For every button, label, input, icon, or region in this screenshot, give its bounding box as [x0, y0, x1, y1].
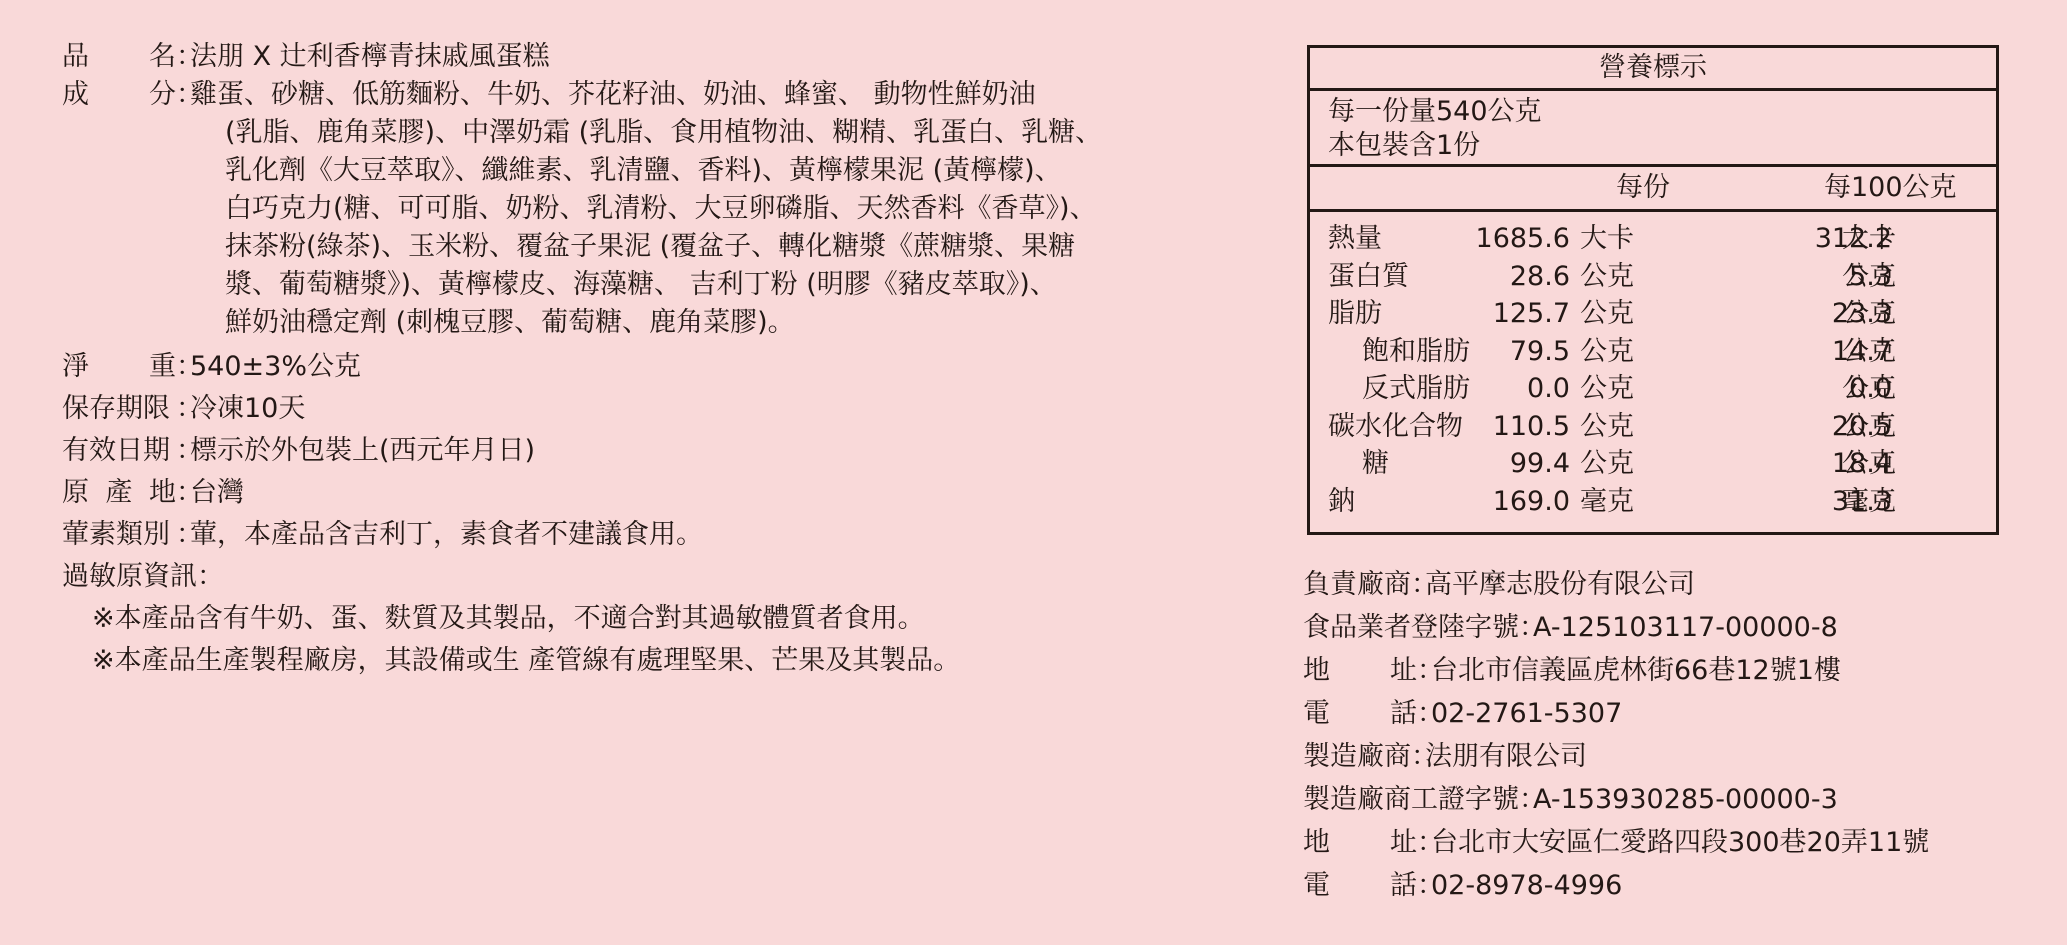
nutrition-header: 每份 每100公克 — [1310, 167, 1996, 212]
nutrition-row: 熱量1685.6大卡312.2大卡 — [1310, 220, 1996, 258]
serving-size: 每一份量540公克 — [1328, 95, 1978, 129]
ingredients-line: 漿、葡萄糖漿》)、黃檸檬皮、海藻糖、 吉利丁粉 (明膠《豬皮萃取》)、 — [225, 266, 1057, 304]
per-serving-unit: 公克 — [1580, 445, 1634, 483]
food-reg: A-125103117-00000-8 — [1533, 612, 1838, 643]
phone-label: 電話 — [1303, 694, 1417, 734]
shelf-life-row: 保存期限：冷凍10天 — [62, 390, 305, 428]
address-label: 地址 — [1303, 823, 1417, 863]
col-per-serving: 每份 — [1616, 167, 1670, 209]
origin-label: 原產地 — [62, 474, 176, 512]
nutrition-row: 蛋白質28.6公克5.3公克 — [1310, 258, 1996, 296]
manufacturer-label: 製造廠商 — [1303, 741, 1411, 772]
per-serving-value: 28.6 — [1510, 258, 1570, 296]
expiry-row: 有效日期：標示於外包裝上(西元年月日) — [62, 432, 535, 470]
product-name-row: 品名：法朋 X 辻利香檸青抹戚風蛋糕 — [62, 38, 550, 76]
origin: 台灣 — [190, 477, 244, 508]
manufacturer: 法朋有限公司 — [1425, 741, 1587, 772]
diet: 葷，本產品含吉利丁，素食者不建議食用。 — [190, 519, 703, 550]
mfr-address-row: 地址：台北市大安區仁愛路四段300巷20弄11號 — [1303, 823, 1929, 863]
per-serving-unit: 公克 — [1580, 295, 1634, 333]
servings-per-package: 本包裝含1份 — [1328, 129, 1978, 163]
mfr-phone-row: 電話：02-8978-4996 — [1303, 866, 1622, 906]
ingredients-line: 抹茶粉(綠茶)、玉米粉、覆盆子果泥 (覆盆子、轉化糖漿《蔗糖漿、果糖 — [225, 228, 1075, 266]
per-serving-unit: 毫克 — [1580, 483, 1634, 521]
product-name: 法朋 X 辻利香檸青抹戚風蛋糕 — [190, 41, 550, 72]
ingredients-line: (乳脂、鹿角菜膠)、中澤奶霜 (乳脂、食用植物油、糊精、乳蛋白、乳糖、 — [225, 114, 1102, 152]
nutrition-row: 糖99.4公克18.4公克 — [1310, 445, 1996, 483]
nutrient-name: 飽和脂肪 — [1362, 333, 1470, 371]
ingredients-line: 乳化劑《大豆萃取》、纖維素、乳清鹽、香料)、黃檸檬果泥 (黃檸檬)、 — [225, 152, 1062, 190]
nutrient-name: 糖 — [1362, 445, 1389, 483]
per-serving-value: 99.4 — [1510, 445, 1570, 483]
per-100g-unit: 毫克 — [1842, 483, 1896, 521]
ingredients-label: 成分 — [62, 76, 176, 114]
phone: 02-2761-5307 — [1431, 698, 1622, 729]
allergen-item: ※本產品生產製程廠房，其設備或生 產管線有處理堅果、芒果及其製品。 — [92, 642, 960, 680]
shelf-life: 冷凍10天 — [190, 393, 305, 424]
nutrient-name: 鈉 — [1328, 483, 1355, 521]
mfr-reg-label: 製造廠商工證字號 — [1303, 784, 1519, 815]
per-100g-unit: 公克 — [1842, 295, 1896, 333]
food-reg-row: 食品業者登陸字號：A-125103117-00000-8 — [1303, 608, 1838, 648]
nutrient-name: 熱量 — [1328, 220, 1382, 258]
nutrition-table: 營養標示 每一份量540公克 本包裝含1份 每份 每100公克 熱量1685.6… — [1307, 45, 1999, 535]
per-serving-value: 125.7 — [1493, 295, 1570, 333]
nutrition-body: 熱量1685.6大卡312.2大卡蛋白質28.6公克5.3公克脂肪125.7公克… — [1310, 212, 1996, 520]
address: 台北市信義區虎林街66巷12號1樓 — [1431, 655, 1841, 686]
per-100g-unit: 公克 — [1842, 258, 1896, 296]
nutrition-row: 碳水化合物110.5公克20.5公克 — [1310, 408, 1996, 446]
per-serving-value: 1685.6 — [1476, 220, 1570, 258]
allergen-label: 過敏原資訊： — [62, 558, 224, 596]
mfr-reg-row: 製造廠商工證字號：A-153930285-00000-3 — [1303, 780, 1838, 820]
manufacturer-row: 製造廠商：法朋有限公司 — [1303, 737, 1587, 777]
per-serving-value: 110.5 — [1493, 408, 1570, 446]
per-serving-value: 79.5 — [1510, 333, 1570, 371]
phone-label: 電話 — [1303, 866, 1417, 906]
per-serving-value: 169.0 — [1493, 483, 1570, 521]
nutrition-row: 飽和脂肪79.5公克14.7公克 — [1310, 333, 1996, 371]
shelf-life-label: 保存期限 — [62, 390, 176, 428]
nutrient-name: 碳水化合物 — [1328, 408, 1463, 446]
per-serving-unit: 公克 — [1580, 258, 1634, 296]
ingredients-line: 鮮奶油穩定劑 (刺槐豆膠、葡萄糖、鹿角菜膠)。 — [225, 304, 795, 342]
responsible-label: 負責廠商 — [1303, 569, 1411, 600]
net-weight: 540±3%公克 — [190, 351, 361, 382]
ingredients-line: 白巧克力(糖、可可脂、奶粉、乳清粉、大豆卵磷脂、天然香料《香草》)、 — [225, 190, 1097, 228]
origin-row: 原產地：台灣 — [62, 474, 244, 512]
diet-row: 葷素類別：葷，本產品含吉利丁，素食者不建議食用。 — [62, 516, 703, 554]
per-serving-unit: 大卡 — [1580, 220, 1634, 258]
per-serving-unit: 公克 — [1580, 408, 1634, 446]
address-row: 地址：台北市信義區虎林街66巷12號1樓 — [1303, 651, 1841, 691]
net-weight-row: 淨重：540±3%公克 — [62, 348, 361, 386]
nutrition-title: 營養標示 — [1310, 48, 1996, 91]
ingredients-row: 成分：雞蛋、砂糖、低筋麵粉、牛奶、芥花籽油、奶油、蜂蜜、 動物性鮮奶油 — [62, 76, 1036, 114]
expiry-label: 有效日期 — [62, 432, 176, 470]
mfr-address: 台北市大安區仁愛路四段300巷20弄11號 — [1431, 827, 1929, 858]
per-100g-unit: 公克 — [1842, 408, 1896, 446]
nutrition-row: 鈉169.0毫克31.3毫克 — [1310, 483, 1996, 521]
nutrition-row: 脂肪125.7公克23.3公克 — [1310, 295, 1996, 333]
col-per-100g: 每100公克 — [1824, 167, 1957, 209]
phone-row: 電話：02-2761-5307 — [1303, 694, 1622, 734]
expiry: 標示於外包裝上(西元年月日) — [190, 435, 535, 466]
responsible-row: 負責廠商：高平摩志股份有限公司 — [1303, 565, 1695, 605]
net-weight-label: 淨重 — [62, 348, 176, 386]
mfr-phone: 02-8978-4996 — [1431, 870, 1622, 901]
nutrient-name: 蛋白質 — [1328, 258, 1409, 296]
product-name-label: 品名 — [62, 38, 176, 76]
per-serving-unit: 公克 — [1580, 333, 1634, 371]
per-100g-unit: 公克 — [1842, 333, 1896, 371]
nutrition-row: 反式脂肪0.0公克0.0公克 — [1310, 370, 1996, 408]
address-label: 地址 — [1303, 651, 1417, 691]
allergen-item: ※本產品含有牛奶、蛋、麩質及其製品，不適合對其過敏體質者食用。 — [92, 600, 925, 638]
diet-label: 葷素類別 — [62, 516, 176, 554]
responsible: 高平摩志股份有限公司 — [1425, 569, 1695, 600]
nutrient-name: 反式脂肪 — [1362, 370, 1470, 408]
nutrient-name: 脂肪 — [1328, 295, 1382, 333]
per-100g-unit: 公克 — [1842, 445, 1896, 483]
per-serving-value: 0.0 — [1527, 370, 1570, 408]
ingredients-line: 雞蛋、砂糖、低筋麵粉、牛奶、芥花籽油、奶油、蜂蜜、 動物性鮮奶油 — [190, 79, 1036, 110]
per-100g-unit: 公克 — [1842, 370, 1896, 408]
mfr-reg: A-153930285-00000-3 — [1533, 784, 1838, 815]
per-serving-unit: 公克 — [1580, 370, 1634, 408]
per-100g-unit: 大卡 — [1842, 220, 1896, 258]
food-reg-label: 食品業者登陸字號 — [1303, 612, 1519, 643]
serving-info: 每一份量540公克 本包裝含1份 — [1310, 91, 1996, 167]
